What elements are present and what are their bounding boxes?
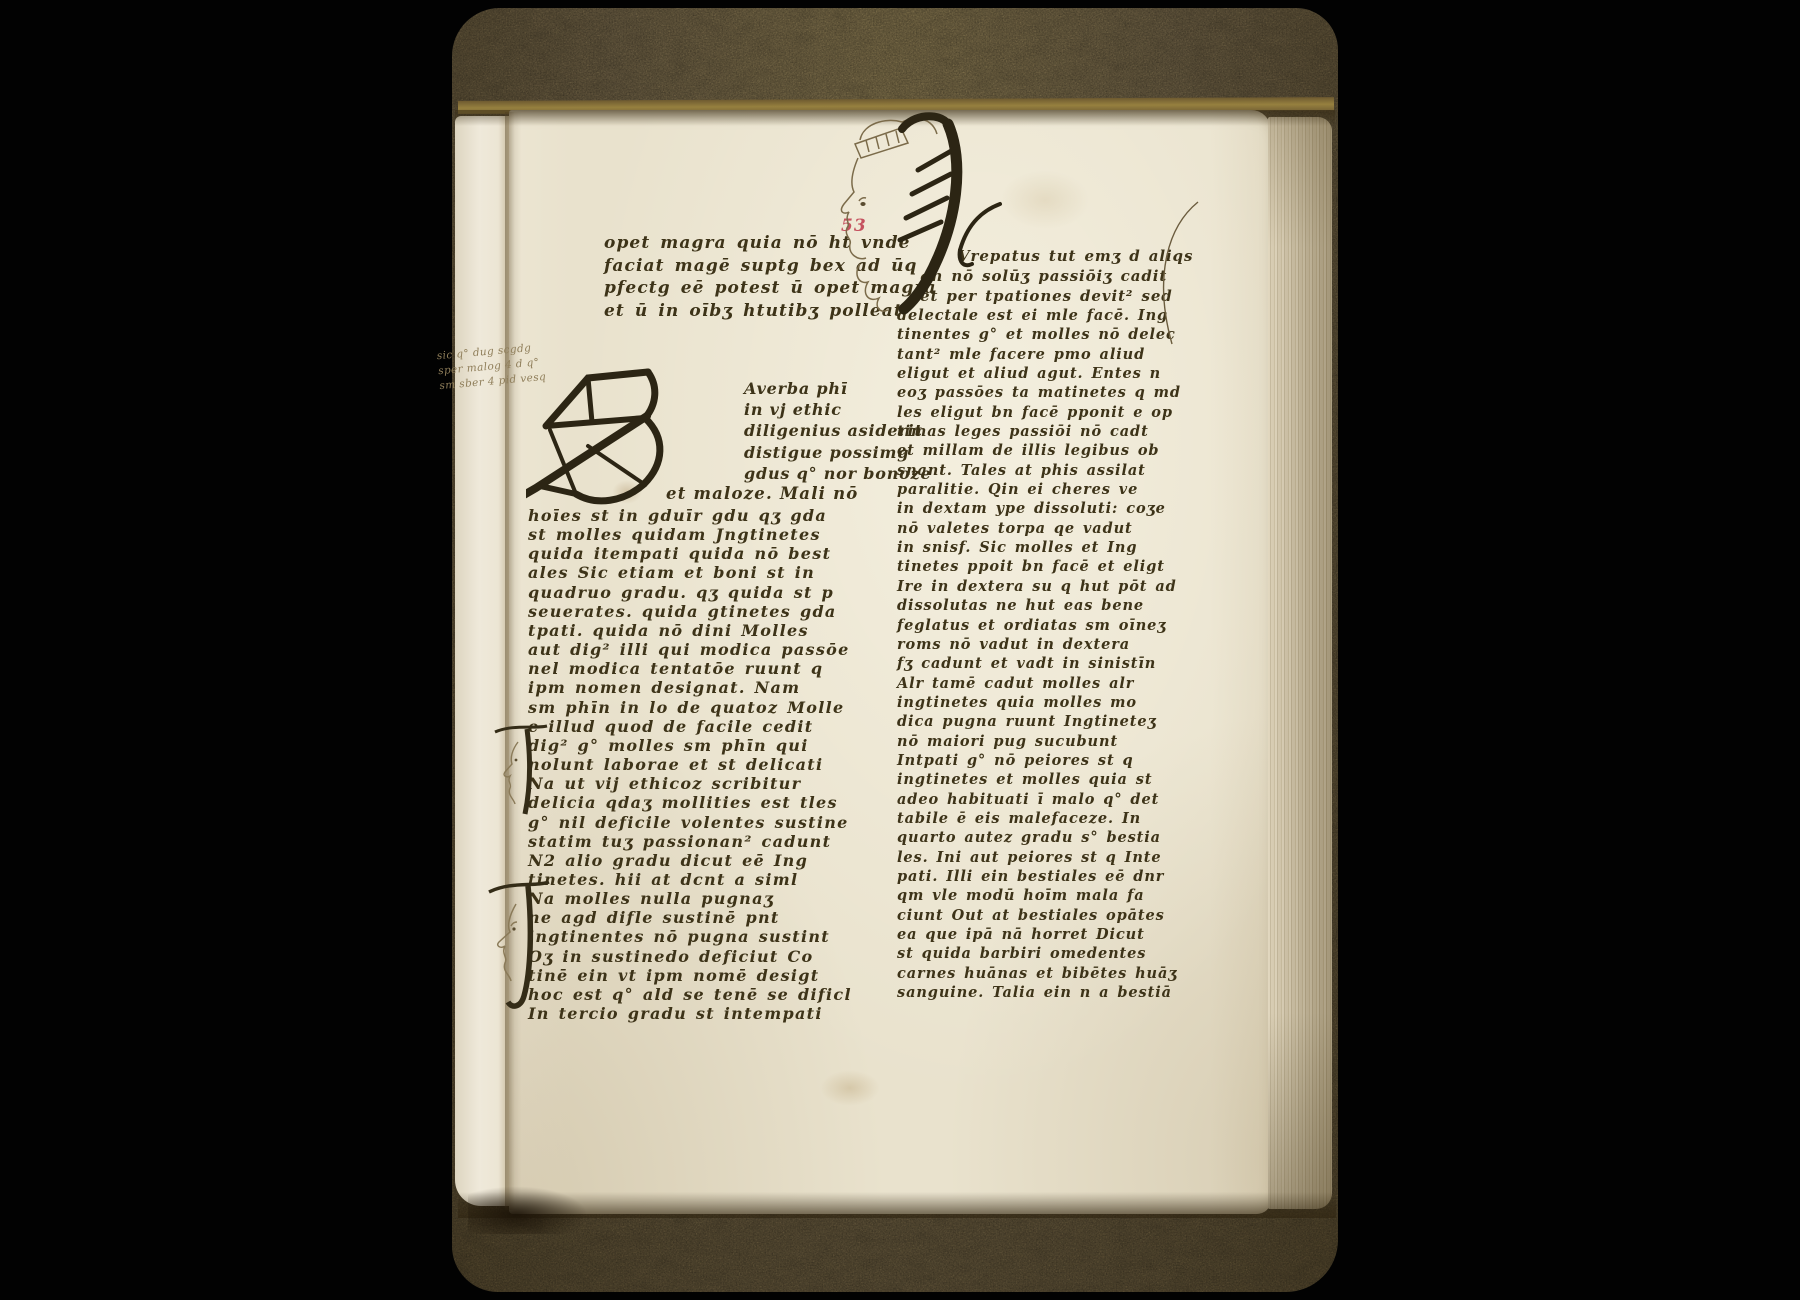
manuscript-text-line: ciunt Out at bestiales opātes — [897, 906, 1181, 925]
manuscript-text-line: eoʒ passōes ta matinetes q md — [897, 383, 1181, 402]
manuscript-text-line: ea que ipā nā horret Dicut — [897, 925, 1181, 944]
manuscript-text-line: statim tuʒ passionan² cadunt — [528, 832, 852, 851]
manuscript-text-line: paralitie. Qin ei cheres ve — [897, 480, 1181, 499]
manuscript-text-line: in snisf. Sic molles et Ing — [897, 538, 1181, 557]
manuscript-text-line: ingtinetes quia molles mo — [897, 693, 1181, 712]
manuscript-text-line: Na molles nulla pugnaʒ — [528, 889, 852, 908]
manuscript-text-line: nel modica tentatōe ruunt q — [528, 659, 852, 678]
manuscript-text-line: dica pugna ruunt Ingtineteʒ — [897, 712, 1181, 731]
manuscript-text-line: timas leges passiōi nō cadt — [897, 422, 1181, 441]
manuscript-text-line: tant² mle facere pmo aliud — [897, 345, 1181, 364]
manuscript-text-line: feglatus et ordiatas sm oīneʒ — [897, 616, 1181, 635]
manuscript-text-line: Intpati g° nō peiores st q — [897, 751, 1181, 770]
manuscript-text-line: nō maiori pug sucubunt — [897, 732, 1181, 751]
pen-flourish — [1146, 196, 1210, 352]
manuscript-text-line: sanguine. Talia ein n a bestiā — [897, 983, 1181, 1002]
manuscript-text-line: tinē ein vt ipm nomē desigt — [528, 966, 852, 985]
manuscript-text-line: les eligut bn facē pponit e op — [897, 403, 1181, 422]
manuscript-text-line: ales Sic etiam et boni st in — [528, 563, 852, 582]
manuscript-text-line: et maloze. Mali nō — [666, 484, 858, 503]
manuscript-text-line: In tercio gradu st intempati — [528, 1004, 852, 1023]
page-stack-fore-edge — [1268, 117, 1332, 1209]
right-column-main-block: delectale est ei mle facē. Ingtinentes g… — [897, 306, 1181, 1002]
manuscript-text-line: in dextam ype dissoluti: coʒe — [897, 499, 1181, 518]
decorated-initial-with-face — [800, 112, 1015, 327]
manuscript-text-line: dissolutas ne hut eas bene — [897, 596, 1181, 615]
manuscript-text-line: carnes huānas et bibētes huāʒ — [897, 964, 1181, 983]
manuscript-text-line: delicia qdaʒ mollities est tles — [528, 793, 852, 812]
manuscript-text-line: hoc est q° ald se tenē se dificl — [528, 985, 852, 1004]
manuscript-text-line: qm vle modū hoīm mala fa — [897, 886, 1181, 905]
manuscript-text-line: adeo habituati ī malo q° det — [897, 790, 1181, 809]
left-column-transition-line: et maloze. Mali nō — [666, 484, 858, 503]
facing-page-edge — [455, 116, 509, 1206]
manuscript-text-line: et millam de illis legibus ob — [897, 441, 1181, 460]
manuscript-text-line: ingtinetes et molles quia st — [897, 770, 1181, 789]
manuscript-text-line: seuerates. quida gtinetes gda — [528, 602, 852, 621]
manuscript-text-line: quadruo gradu. qʒ quida st p — [528, 583, 852, 602]
manuscript-text-line: e illud quod de facile cedit — [528, 717, 852, 736]
manuscript-text-line: quarto autez gradu s° bestia — [897, 828, 1181, 847]
bottom-junction-shadow — [458, 1192, 1336, 1218]
manuscript-text-line: st quida barbiri omedentes — [897, 944, 1181, 963]
manuscript-text-line: ipm nomen designat. Nam — [528, 678, 852, 697]
decorated-initial-s — [526, 366, 682, 512]
manuscript-text-line: quida itempati quida nō best — [528, 544, 852, 563]
left-column-main-block: hoīes st in gduīr gdu qʒ gdast molles qu… — [528, 506, 852, 1023]
manuscript-text-line: les. Ini aut peiores st q Inte — [897, 848, 1181, 867]
manuscript-text-line: st molles quidam Jngtinetes — [528, 525, 852, 544]
manuscript-text-line: Alr tamē cadut molles alr — [897, 674, 1181, 693]
manuscript-text-line: snant. Tales at phis assilat — [897, 461, 1181, 480]
manuscript-text-line: ingtinentes nō pugna sustint — [528, 927, 852, 946]
manuscript-text-line: tinetes. hii at dcnt a siml — [528, 870, 852, 889]
manuscript-text-line: eligut et aliud agut. Entes n — [897, 364, 1181, 383]
manuscript-text-line: nolunt laborae et st delicati — [528, 755, 852, 774]
manuscript-text-line: ne agd difle sustinē pnt — [528, 908, 852, 927]
manuscript-text-line: Oʒ in sustinedo deficiut Co — [528, 947, 852, 966]
manuscript-photo: 53 sic q° dug scgdgsper malog 4 d q°sm s… — [0, 0, 1800, 1300]
manuscript-text-line: Ire in dextera su q hut pōt ad — [897, 577, 1181, 596]
paper-stain — [820, 1070, 880, 1106]
manuscript-text-line: sm phīn in lo de quatoz Molle — [528, 698, 852, 717]
gutter-bottom-shadow — [468, 1186, 588, 1234]
manuscript-text-line: roms nō vadut in dextera — [897, 635, 1181, 654]
manuscript-text-line: tinetes ppoit bn facē et eligt — [897, 557, 1181, 576]
manuscript-text-line: tpati. quida nō dini Molles — [528, 621, 852, 640]
manuscript-text-line: g° nil deficile volentes sustine — [528, 813, 852, 832]
manuscript-text-line: fʒ cadunt et vadt in sinistīn — [897, 654, 1181, 673]
manuscript-text-line: tinentes g° et molles nō delec — [897, 325, 1181, 344]
manuscript-text-line: N2 alio gradu dicut eē Ing — [528, 851, 852, 870]
gutter-shadow — [505, 112, 521, 1210]
manuscript-text-line: nō valetes torpa qe vadut — [897, 519, 1181, 538]
profile-face-initial — [487, 720, 551, 824]
manuscript-text-line: pati. Illi ein bestiales eē dnr — [897, 867, 1181, 886]
manuscript-text-line: tabile ē eis malefaceze. In — [897, 809, 1181, 828]
manuscript-text-line: Na ut vij ethicoz scribitur — [528, 774, 852, 793]
manuscript-text-line: dig² g° molles sm phīn qui — [528, 736, 852, 755]
profile-face-initial — [483, 876, 557, 1016]
manuscript-text-line: aut dig² illi qui modica passōe — [528, 640, 852, 659]
